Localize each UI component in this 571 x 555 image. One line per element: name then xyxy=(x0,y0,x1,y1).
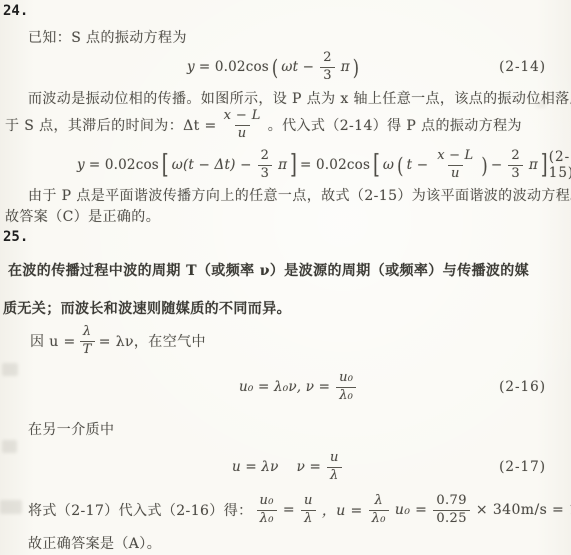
problem25-calculation-line: 将式（2-17）代入式（2-16）得： u₀λ₀ = uλ ，u = λλ₀ u… xyxy=(28,490,571,530)
math-pi: π xyxy=(341,59,350,75)
fraction: x − Lu xyxy=(221,109,264,142)
left-paren: ( xyxy=(397,152,403,178)
math-pi: π xyxy=(529,157,538,173)
math-lhs: u = λν xyxy=(232,459,279,475)
math-text: = 0.02cos xyxy=(89,157,159,173)
scan-artifact xyxy=(0,500,22,514)
math-lhs: u₀ = λ₀ν, ν = xyxy=(239,379,330,395)
problem24-known-text: 已知：S 点的振动方程为 xyxy=(28,28,187,48)
document-page: 24. 已知：S 点的振动方程为 y = 0.02cos ( ωt − 23 π… xyxy=(0,0,571,555)
right-paren: ) xyxy=(353,54,359,80)
text-after-fraction: 。代入式（2-14）得 P 点的振动方程为 xyxy=(268,115,522,135)
equation-2-17: u = λν ν = uλ (2-17) xyxy=(0,446,571,488)
fraction: λT xyxy=(80,325,95,358)
equation-label-2-16: (2-16) xyxy=(499,379,546,395)
problem25-because-line: 因 u = λT = λν，在空气中 xyxy=(30,322,206,360)
fraction: 0.790.25 xyxy=(433,494,470,527)
left-bracket: [ xyxy=(162,150,169,181)
equation-2-15-body: y = 0.02cos [ ω(t − Δt) − 23 π ] = 0.02c… xyxy=(75,149,549,182)
right-bracket: ] xyxy=(290,150,297,181)
equation-label-2-14: (2-14) xyxy=(499,59,546,75)
math-lhs: ν = xyxy=(297,459,321,475)
problem25-intro-line2: 质无关；而波长和波速则随媒质的不同而异。 xyxy=(3,299,291,319)
fraction: λλ₀ xyxy=(369,494,389,527)
fraction: u₀λ₀ xyxy=(336,371,356,404)
fraction: uλ xyxy=(301,494,316,527)
math-var: y xyxy=(77,157,85,173)
math-minus: − xyxy=(491,157,503,173)
problem24-conclusion-line1: 由于 P 点是平面谐波传播方向上的任意一点，故式（2-15）为该平面谐波的波动方… xyxy=(28,186,571,206)
fraction: 23 xyxy=(320,51,334,84)
equation-2-15: y = 0.02cos [ ω(t − Δt) − 23 π ] = 0.02c… xyxy=(0,144,571,186)
math-text: ，u = xyxy=(322,500,363,520)
problem-number-25: 25. xyxy=(3,229,28,245)
problem24-paragraph-line2: 于 S 点，其滞后的时间为：Δt = x − Lu 。代入式（2-14）得 P … xyxy=(5,106,522,144)
equation-2-17-body: u = λν ν = uλ xyxy=(230,451,346,484)
math-arg: ωt − xyxy=(281,59,314,75)
fraction: 23 xyxy=(258,149,272,182)
left-paren: ( xyxy=(272,54,278,80)
math-text: = 0.02cos xyxy=(300,157,370,173)
equation-2-14-body: y = 0.02cos ( ωt − 23 π ) xyxy=(185,51,360,84)
text-before-fraction: 于 S 点，其滞后的时间为：Δt = xyxy=(5,115,217,135)
problem25-intro-line1: 在波的传播过程中波的周期 T（或频率 ν）是波源的周期（或频率）与传播波的媒 xyxy=(8,261,529,281)
math-arg: ω(t − Δt) − xyxy=(172,157,252,173)
equation-2-16: u₀ = λ₀ν, ν = u₀λ₀ (2-16) xyxy=(0,364,571,410)
math-text: u₀ = xyxy=(395,502,427,518)
fraction: uλ xyxy=(327,451,342,484)
right-paren: ) xyxy=(481,152,487,178)
problem25-answer: 故正确答案是（A）。 xyxy=(28,534,161,554)
math-pi: π xyxy=(278,157,287,173)
left-bracket: [ xyxy=(373,150,380,181)
math-text: = 0.02cos xyxy=(199,59,269,75)
problem25-medium-text: 在另一介质中 xyxy=(28,420,114,440)
text-before-fraction: 因 u = xyxy=(30,331,76,351)
calc-prefix: 将式（2-17）代入式（2-16）得： xyxy=(28,500,253,520)
fraction: 23 xyxy=(508,149,522,182)
equation-label-2-17: (2-17) xyxy=(499,459,546,475)
equation-2-16-body: u₀ = λ₀ν, ν = u₀λ₀ xyxy=(237,371,360,404)
math-var: y xyxy=(187,59,195,75)
math-omega: ω xyxy=(383,157,394,173)
right-bracket: ] xyxy=(541,150,548,181)
text-after-fraction: = λν，在空气中 xyxy=(99,331,206,351)
fraction: x − Lu xyxy=(434,149,476,182)
equation-2-14: y = 0.02cos ( ωt − 23 π ) (2-14) xyxy=(0,46,571,88)
problem-number-24: 24. xyxy=(3,3,28,19)
equation-label-2-15: (2-15) xyxy=(549,149,571,181)
equals-sign: = xyxy=(283,502,295,518)
calc-result: × 340m/s = 1074.4m/s xyxy=(476,502,571,518)
fraction: u₀λ₀ xyxy=(257,494,277,527)
math-arg: t − xyxy=(407,157,429,173)
problem24-answer: 故答案（C）是正确的。 xyxy=(5,207,160,227)
